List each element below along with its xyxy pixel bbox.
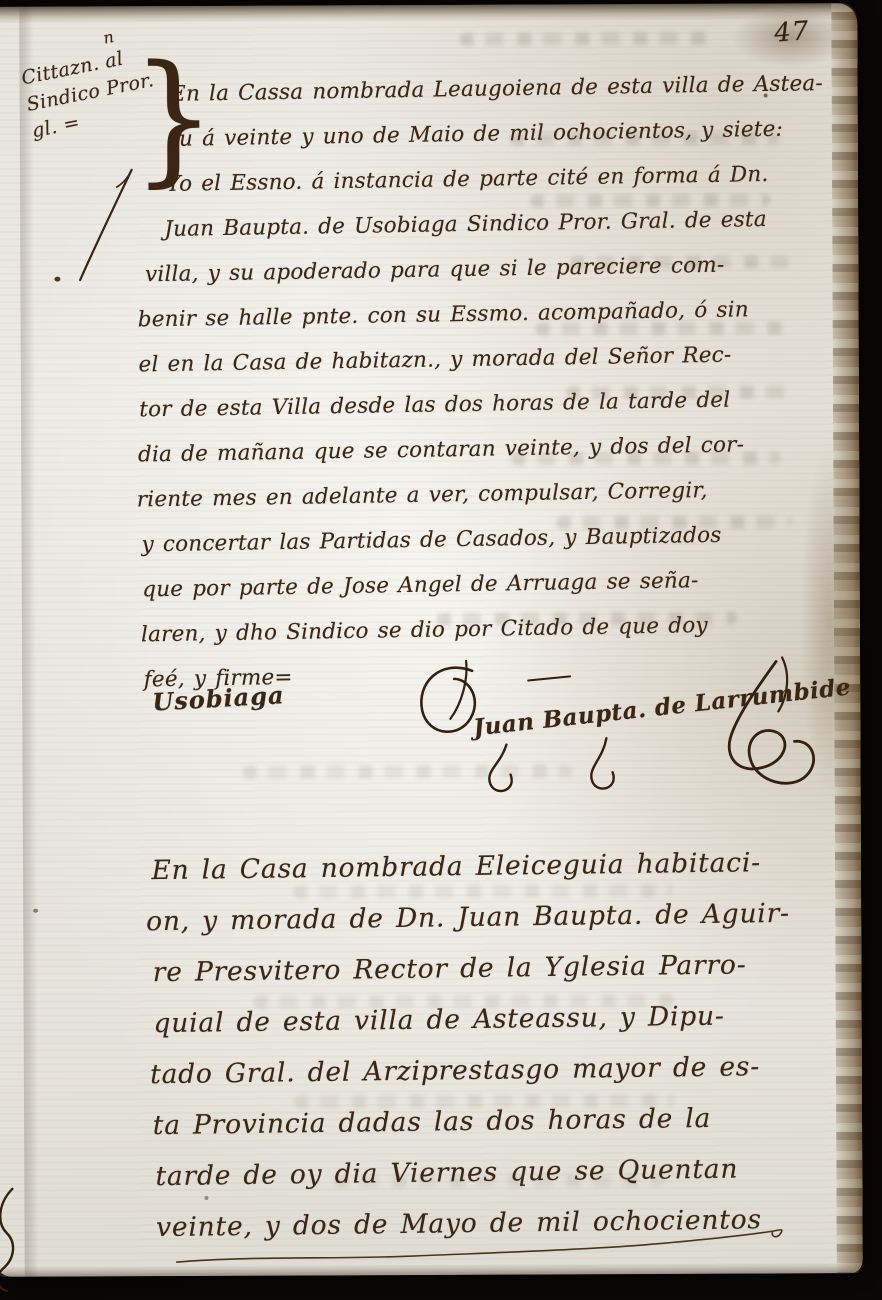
text-line: tarde de oy dia Viernes que se Quentan <box>155 1142 836 1202</box>
signature-left: Usobiaga <box>152 680 286 716</box>
ink-speck <box>33 909 38 913</box>
entry1-text: En la Cassa nombrada Leaugoiena de esta … <box>134 61 824 702</box>
rubric-flourish-icon <box>410 651 831 823</box>
page-edge-right <box>831 3 863 1273</box>
text-line: quial de esta villa de Asteassu, y Dipu- <box>153 989 834 1049</box>
end-rule-line <box>173 1225 803 1268</box>
folio-number: 47 <box>773 16 810 49</box>
entry2-text: En la Casa nombrada Eleiceguia habitaci-… <box>151 836 836 1253</box>
manuscript-page: 47 n Cittazn. al Sindico Pror. gl. = } E… <box>0 3 863 1277</box>
signature-right: Juan Baupta. de Larrumbide <box>410 651 831 823</box>
margin-note-superscript: n <box>101 23 117 52</box>
text-line: En la Casa nombrada Eleiceguia habitaci- <box>151 836 832 896</box>
text-line: ta Provincia dadas las dos horas de la <box>152 1091 835 1151</box>
binding-crease <box>19 7 39 1277</box>
text-line: tado Gral. del Arziprestasgo mayor de es… <box>150 1040 835 1100</box>
manuscript-photo: 47 n Cittazn. al Sindico Pror. gl. = } E… <box>0 0 882 1300</box>
edge-flourish-icon <box>0 1185 31 1295</box>
page-edge-top <box>0 3 857 23</box>
text-line: on, y morada de Dn. Juan Baupta. de Agui… <box>146 887 833 947</box>
ink-speck <box>54 277 60 282</box>
bleedthrough-texture <box>459 32 709 46</box>
text-line: re Presvitero Rector de la Yglesia Parro… <box>152 938 833 998</box>
